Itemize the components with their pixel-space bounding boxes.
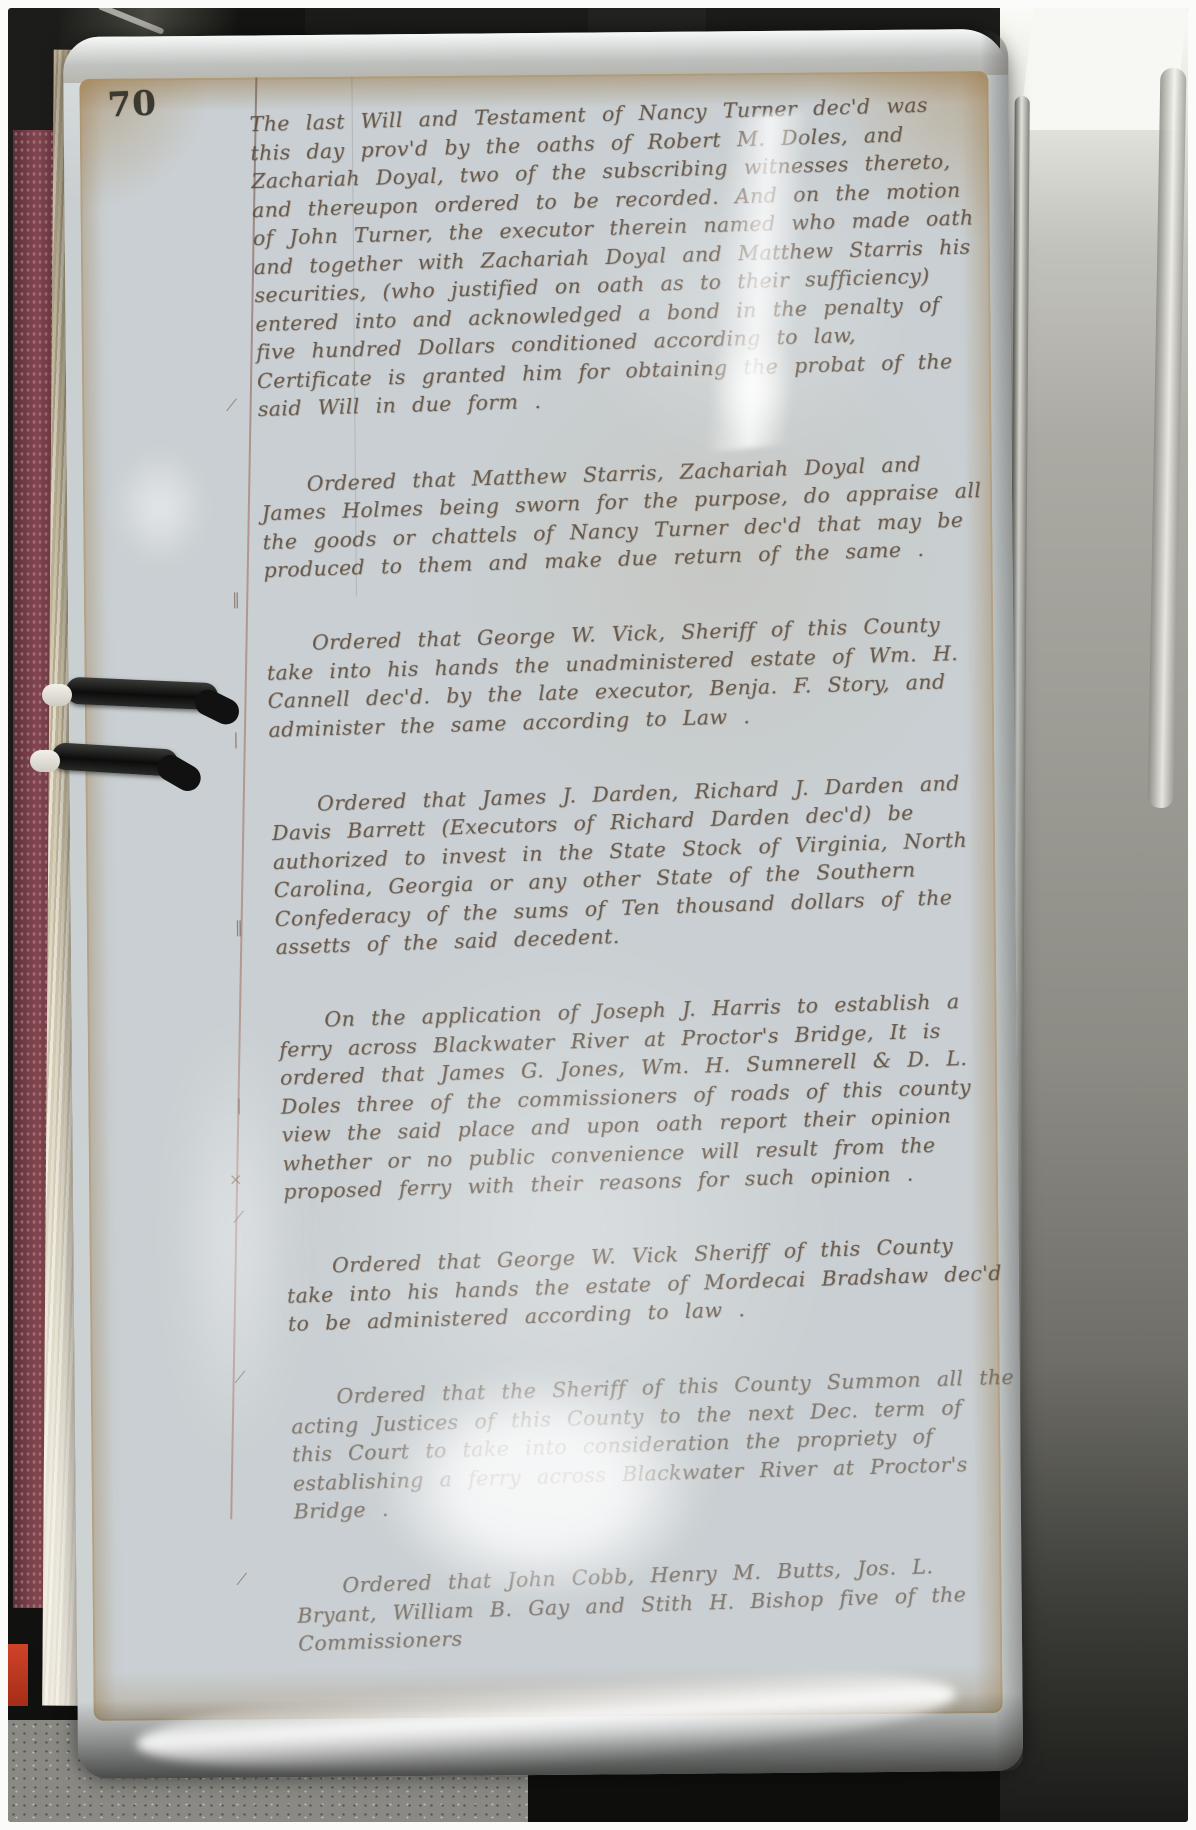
margin-tick: × bbox=[229, 1170, 243, 1189]
handwritten-paragraph: Ordered that George W. Vick, Sheriff of … bbox=[266, 609, 993, 744]
sleeve-bottom-edge bbox=[78, 1693, 1024, 1779]
margin-ruled-line bbox=[230, 77, 257, 1519]
margin-tick: ⁄ bbox=[230, 396, 233, 415]
handwritten-paragraph: Ordered that Matthew Starris, Zachariah … bbox=[260, 447, 987, 584]
handwritten-paragraph: Ordered that the Sheriff of this County … bbox=[290, 1362, 1018, 1525]
page-number: 70 bbox=[107, 83, 158, 125]
handwritten-paragraph: On the application of Joseph J. Harris t… bbox=[278, 985, 1007, 1205]
handwritten-text: The last Will and Testament of Nancy Tur… bbox=[249, 88, 1024, 1704]
handwritten-paragraph: Ordered that John Cobb, Henry M. Butts, … bbox=[296, 1549, 1022, 1658]
handwritten-paragraph: Ordered that George W. Vick Sheriff of t… bbox=[286, 1230, 1012, 1339]
binder-cover-sliver bbox=[8, 1644, 28, 1706]
margin-tick: ⁄ bbox=[239, 1368, 242, 1387]
margin-tick: ‖ bbox=[232, 590, 240, 609]
binder-prong-base bbox=[30, 750, 60, 772]
margin-tick: ⁄ bbox=[237, 1208, 240, 1227]
handwritten-paragraph: Ordered that James J. Darden, Richard J.… bbox=[271, 767, 1000, 961]
binder-prong-base bbox=[42, 684, 72, 706]
photo-of-record-book: 70 The last Will and Testament of Nancy … bbox=[8, 8, 1188, 1822]
document-page: 70 The last Will and Testament of Nancy … bbox=[79, 71, 1002, 1721]
handwritten-paragraph: The last Will and Testament of Nancy Tur… bbox=[249, 89, 982, 423]
margin-tick: | bbox=[236, 1096, 242, 1115]
plastic-sleeve: 70 The last Will and Testament of Nancy … bbox=[63, 29, 1023, 1779]
margin-tick: | bbox=[233, 730, 239, 749]
margin-tick: ⁄ bbox=[240, 1570, 243, 1589]
margin-tick: ‖ bbox=[235, 918, 243, 937]
screenshot: 70 The last Will and Testament of Nancy … bbox=[0, 0, 1196, 1830]
